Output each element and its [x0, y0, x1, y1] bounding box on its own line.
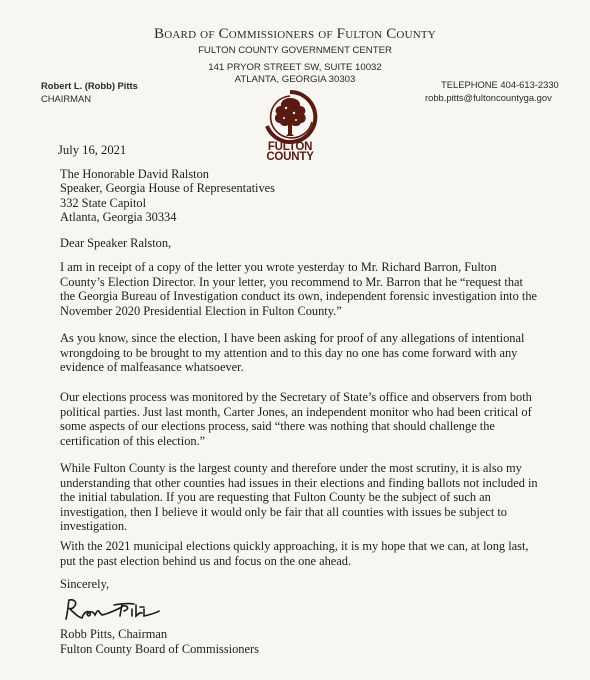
- paragraph-1: I am in receipt of a copy of the letter …: [60, 260, 537, 318]
- paragraph-2: As you know, since the election, I have …: [60, 331, 524, 375]
- paragraph-line: While Fulton County is the largest count…: [60, 461, 538, 476]
- paragraph-line: With the 2021 municipal elections quickl…: [60, 539, 529, 554]
- paragraph-5: With the 2021 municipal elections quickl…: [60, 539, 529, 568]
- closing: Sincerely,: [60, 577, 109, 592]
- paragraph-line: certification of this election.”: [60, 434, 532, 449]
- paragraph-line: wrongdoing to be brought to my attention…: [60, 346, 524, 361]
- paragraph-line: I am in receipt of a copy of the letter …: [60, 260, 537, 275]
- address-line-building: FULTON COUNTY GOVERNMENT CENTER: [0, 45, 590, 56]
- telephone: TELEPHONE 404-613-2330: [441, 79, 559, 90]
- paragraph-line: political parties. Just last month, Cart…: [60, 405, 532, 420]
- signer-organization: Fulton County Board of Commissioners: [60, 642, 259, 657]
- paragraph-line: some aspects of our elections process, s…: [60, 419, 532, 434]
- paragraph-line: the Georgia Bureau of Investigation cond…: [60, 289, 537, 304]
- recipient-line: 332 State Capitol: [60, 196, 275, 210]
- paragraph-line: the initial tabulation. If you are reque…: [60, 490, 538, 505]
- paragraph-line: As you know, since the election, I have …: [60, 331, 524, 346]
- logo-text-line-2: COUNTY: [240, 152, 340, 163]
- chairman-title: CHAIRMAN: [41, 93, 91, 104]
- signer-name: Robb Pitts, Chairman: [60, 627, 259, 642]
- address-line-street: 141 PRYOR STREET SW, SUITE 10032: [0, 62, 590, 73]
- paragraph-line: evidence of malfeasance whatsoever.: [60, 360, 524, 375]
- paragraph-4: While Fulton County is the largest count…: [60, 461, 538, 534]
- signature-block: Robb Pitts, Chairman Fulton County Board…: [60, 627, 259, 656]
- salutation: Dear Speaker Ralston,: [60, 236, 171, 251]
- paragraph-line: Our elections process was monitored by t…: [60, 390, 532, 405]
- paragraph-line: understanding that other counties had is…: [60, 476, 538, 491]
- paragraph-line: investigation.: [60, 519, 538, 534]
- recipient-line: Atlanta, Georgia 30334: [60, 210, 275, 224]
- recipient-address: The Honorable David Ralston Speaker, Geo…: [60, 167, 275, 225]
- chairman-name: Robert L. (Robb) Pitts: [41, 80, 138, 91]
- letter-page: Board of Commissioners of Fulton County …: [0, 0, 590, 680]
- paragraph-line: investigation, then I believe it would o…: [60, 505, 538, 520]
- email-address: robb.pitts@fultoncountyga.gov: [425, 92, 552, 103]
- org-title: Board of Commissioners of Fulton County: [0, 26, 590, 43]
- recipient-line: The Honorable David Ralston: [60, 167, 275, 181]
- recipient-line: Speaker, Georgia House of Representative…: [60, 181, 275, 195]
- paragraph-line: County’s Election Director. In your lett…: [60, 275, 537, 290]
- letter-date: July 16, 2021: [58, 143, 126, 158]
- paragraph-3: Our elections process was monitored by t…: [60, 390, 532, 448]
- tree-in-circle-icon: [240, 88, 340, 144]
- paragraph-line: November 2020 Presidential Election in F…: [60, 304, 537, 319]
- paragraph-line: put the past election behind us and focu…: [60, 554, 529, 569]
- handwritten-signature-icon: [62, 597, 162, 623]
